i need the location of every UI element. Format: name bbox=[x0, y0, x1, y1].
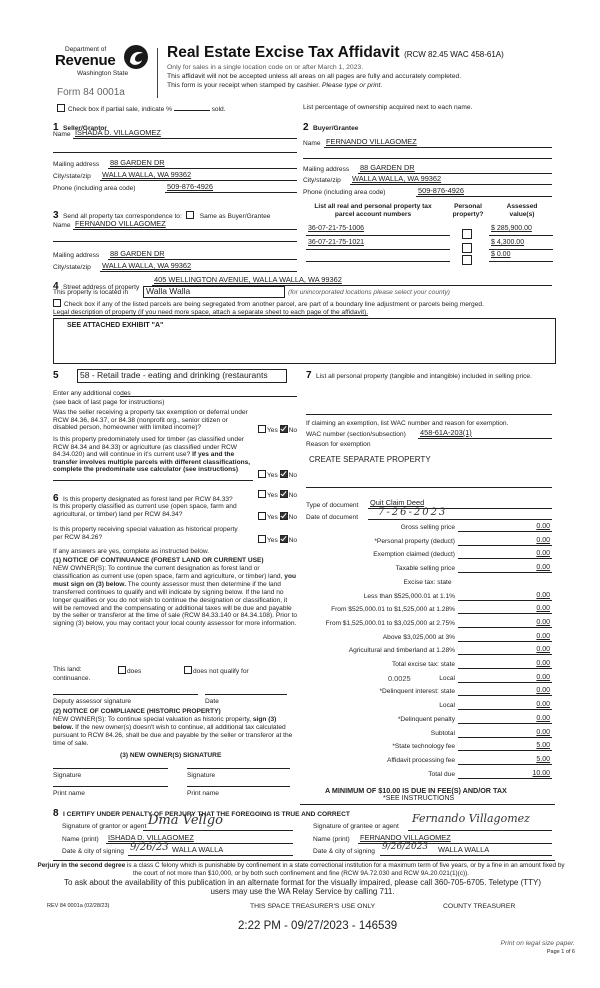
form-number: Form 84 0001a bbox=[57, 87, 125, 98]
yes-label: Yes bbox=[267, 537, 278, 544]
q-historic-yes-checkbox[interactable] bbox=[258, 535, 266, 543]
tax-line-value[interactable]: 0.00 bbox=[480, 687, 550, 694]
buyer-city-line bbox=[350, 184, 552, 185]
buyer-heading: 2 Buyer/Grantee bbox=[303, 117, 358, 135]
wac-field[interactable]: 458-61A-203(1) bbox=[420, 428, 472, 437]
located-label: This property is located in bbox=[53, 289, 128, 296]
tax-line-label: Total due bbox=[280, 771, 455, 778]
buyer-address-label: Mailing address bbox=[303, 166, 349, 173]
partial-sale-checkbox[interactable] bbox=[57, 104, 65, 112]
segregate-label: Check box if any of the listed parcels a… bbox=[64, 301, 484, 308]
tax-line-label: Affidavit processing fee bbox=[280, 757, 455, 764]
owner2-sig-line[interactable] bbox=[187, 768, 290, 769]
wac-line bbox=[418, 438, 552, 439]
section-3-number: 3 bbox=[53, 210, 59, 221]
grantee-name-field[interactable]: FERNANDO VILLAGOMEZ bbox=[360, 833, 451, 842]
grantee-city-field[interactable]: WALLA WALLA bbox=[438, 845, 489, 854]
segregate-checkbox[interactable] bbox=[53, 299, 61, 307]
tax-heading: Excise tax: state bbox=[300, 579, 545, 586]
q-current-use-yes-checkbox[interactable] bbox=[258, 512, 266, 520]
perjury-text: is a class C felony which is punishable … bbox=[127, 862, 565, 877]
correspondence-name-line-2 bbox=[53, 241, 297, 242]
tax-line-value[interactable]: 10.00 bbox=[480, 770, 550, 777]
tax-line-label: Agricultural and timberland at 1.28% bbox=[280, 647, 455, 654]
reason-label: Reason for exemption bbox=[306, 441, 371, 448]
seller-name-label: Name bbox=[53, 131, 71, 138]
segregate-row: Check box if any of the listed parcels a… bbox=[53, 299, 484, 308]
local-rate-field[interactable]: 0.0025 bbox=[388, 674, 411, 683]
see-back-label: (see back of last page for instructions) bbox=[53, 399, 164, 406]
tax-line-label: Local bbox=[280, 675, 455, 682]
n1-text-b: The county assessor must then determine … bbox=[53, 581, 297, 628]
owner2-sig-label: Signature bbox=[187, 772, 215, 779]
q-timber-answer: Yes No bbox=[258, 470, 297, 479]
footer-rule bbox=[53, 860, 555, 861]
revenue-wordmark: Revenue bbox=[55, 52, 115, 69]
q-forest-no-checkbox[interactable] bbox=[280, 490, 288, 498]
street-field[interactable]: 405 WELLINGTON AVENUE, WALLA WALLA, WA 9… bbox=[154, 275, 342, 284]
checkbox-icon bbox=[462, 255, 472, 265]
n1-text-a: NEW OWNER(S): To continue the current de… bbox=[53, 565, 282, 580]
location-value: Walla Walla bbox=[146, 286, 190, 296]
grantor-name-label: Name (print) bbox=[62, 836, 99, 843]
tax-line-value[interactable]: 0.00 bbox=[480, 715, 550, 722]
tax-line-leader bbox=[458, 600, 552, 601]
owner1-print-line[interactable] bbox=[53, 786, 168, 787]
reason-field[interactable]: CREATE SEPARATE PROPERTY bbox=[309, 455, 431, 464]
q-forest-answer: Yes No bbox=[258, 490, 297, 499]
county-treasurer: COUNTY TREASURER bbox=[443, 903, 515, 910]
owner1-sig-line[interactable] bbox=[53, 768, 168, 769]
grantor-date-line bbox=[128, 855, 293, 856]
continuance-label: continuance. bbox=[53, 675, 90, 682]
seller-name-field[interactable]: ISHADA D. VILLAGOMEZ bbox=[75, 128, 161, 137]
grantee-signature[interactable]: Fernando Villagomez bbox=[412, 812, 530, 825]
grantor-sig-line bbox=[143, 830, 293, 831]
q-exemption-answer: Yes No bbox=[258, 425, 297, 434]
subtitle-2: This affidavit will not be accepted unle… bbox=[167, 73, 461, 80]
parcel-number-field[interactable]: 36-07-21-75-1006 bbox=[308, 225, 364, 232]
tax-line-value[interactable]: 0.00 bbox=[480, 619, 550, 626]
buyer-city-field[interactable]: WALLA WALLA, WA 99362 bbox=[352, 174, 441, 183]
personal-col-header: Personal property? bbox=[448, 203, 488, 219]
grantor-name-field[interactable]: ISHADA D. VILLAGOMEZ bbox=[108, 833, 194, 842]
grantor-date-label: Date & city of signing bbox=[62, 848, 124, 855]
tax-line-value[interactable]: 0.00 bbox=[480, 564, 550, 571]
buyer-name-line bbox=[324, 147, 552, 148]
correspondence-address-label: Mailing address bbox=[53, 252, 99, 259]
state-label: Washington State bbox=[77, 70, 128, 77]
legal-description-text: SEE ATTACHED EXHIBIT "A" bbox=[67, 322, 163, 329]
tax-line-value[interactable]: 0.00 bbox=[480, 701, 550, 708]
no-label: No bbox=[289, 472, 297, 479]
no-label: No bbox=[289, 427, 297, 434]
doc-date-field[interactable]: 7-26-2023 bbox=[378, 507, 447, 518]
tax-line-label: *State technology fee bbox=[280, 743, 455, 750]
no-label: No bbox=[289, 492, 297, 499]
subtitle-3b: Please type or print. bbox=[322, 82, 382, 89]
section-2-number: 2 bbox=[303, 122, 309, 133]
section-2-title: Buyer/Grantee bbox=[313, 125, 358, 132]
tax-line-leader bbox=[458, 531, 552, 532]
q-forest-text: Is this property designated as forest la… bbox=[63, 496, 233, 503]
treasurer-use: THIS SPACE TREASURER'S USE ONLY bbox=[250, 903, 375, 910]
tax-line-leader bbox=[458, 654, 552, 655]
same-as-buyer-label: Same as Buyer/Grantee bbox=[200, 213, 271, 220]
land-use-code-select[interactable]: 58 - Retail trade - eating and drinking … bbox=[77, 369, 287, 383]
q-timber-text: Is this property predominately used for … bbox=[53, 436, 253, 474]
page-number: Page 1 of 6 bbox=[547, 949, 575, 955]
minimum-note: A MINIMUM OF $10.00 IS DUE IN FEE(S) AND… bbox=[325, 786, 507, 795]
seller-address-field[interactable]: 88 GARDEN DR bbox=[110, 158, 165, 167]
partial-sale-row: Check box if partial sale, indicate % so… bbox=[57, 104, 226, 113]
q-timber-yes-checkbox[interactable] bbox=[258, 470, 266, 478]
does-option: does bbox=[118, 666, 141, 675]
tax-line-label: From $525,000.01 to $1,525,000 at 1.28% bbox=[280, 606, 455, 613]
doc-date-label: Date of document bbox=[306, 514, 358, 521]
assessed-value-line bbox=[489, 261, 553, 262]
seller-phone-label: Phone (including area code) bbox=[53, 185, 135, 192]
partial-sale-sold-label: sold. bbox=[212, 106, 226, 113]
tax-line-leader bbox=[458, 778, 552, 779]
correspondence-name-field[interactable]: FERNANDO VILLAGOMEZ bbox=[75, 219, 166, 228]
buyer-name-line-2 bbox=[303, 158, 552, 159]
tax-line-value[interactable]: 0.00 bbox=[480, 592, 550, 599]
assessed-value-field[interactable]: $ 285,900.00 bbox=[491, 225, 532, 232]
seller-city-line bbox=[100, 180, 297, 181]
personal-property-line[interactable] bbox=[306, 414, 552, 415]
q-timber-no-checkbox[interactable] bbox=[280, 470, 288, 478]
seller-address-line bbox=[108, 168, 297, 169]
tax-line-leader bbox=[458, 558, 552, 559]
see-instructions: *SEE INSTRUCTIONS bbox=[383, 795, 454, 802]
grantee-date-field[interactable]: 9/26/2023 bbox=[382, 842, 428, 852]
yes-label: Yes bbox=[267, 514, 278, 521]
parcel-number-line bbox=[306, 249, 450, 250]
if-yes-note: If any answers are yes, complete as inst… bbox=[53, 548, 209, 555]
legal-label: Legal description of property (if you ne… bbox=[53, 309, 368, 316]
does-label: does bbox=[127, 668, 141, 675]
tax-line-leader bbox=[458, 668, 552, 669]
tax-line-value[interactable]: 5.00 bbox=[480, 756, 550, 763]
tax-line-value[interactable]: 0.00 bbox=[480, 633, 550, 640]
q-current-use-text: Is this property classified as current u… bbox=[53, 503, 248, 519]
legal-description-box[interactable]: SEE ATTACHED EXHIBIT "A" bbox=[53, 318, 556, 364]
tax-line-label: Local bbox=[280, 702, 455, 709]
new-owner-sig-title: (3) NEW OWNER(S) SIGNATURE bbox=[120, 752, 221, 759]
print-note: Print on legal size paper. bbox=[500, 940, 575, 947]
n2-text-a: NEW OWNER(S): To continue special valuat… bbox=[53, 716, 251, 723]
tax-line-leader bbox=[458, 764, 552, 765]
tax-line-value[interactable]: 0.00 bbox=[480, 523, 550, 530]
buyer-phone-line bbox=[416, 196, 552, 197]
seller-name-line bbox=[73, 138, 297, 139]
parcel-number-line bbox=[306, 261, 450, 262]
deputy-date-label: Date bbox=[205, 698, 219, 705]
header-divider bbox=[157, 48, 158, 98]
yes-label: Yes bbox=[267, 492, 278, 499]
q-current-use-answer: Yes No bbox=[258, 512, 297, 521]
grantor-signature[interactable]: Dma Vellgo bbox=[148, 813, 223, 828]
q-current-use-no-checkbox[interactable] bbox=[280, 512, 288, 520]
same-as-buyer-checkbox[interactable] bbox=[186, 211, 194, 219]
seller-phone-field[interactable]: 509-876-4926 bbox=[167, 182, 213, 191]
section-5-number: 5 bbox=[53, 370, 59, 381]
grantee-sig-line bbox=[408, 830, 552, 831]
owner1-print-label: Print name bbox=[53, 790, 85, 797]
page-title: Real Estate Excise Tax Affidavit (RCW 82… bbox=[167, 44, 504, 62]
dor-logo: Department of Revenue Washington State bbox=[55, 44, 150, 89]
tax-line-label: Total excise tax: state bbox=[280, 661, 455, 668]
tax-line-leader bbox=[458, 572, 552, 573]
tax-line-leader bbox=[458, 627, 552, 628]
tax-line-leader bbox=[458, 737, 552, 738]
owner2-print-line[interactable] bbox=[187, 786, 290, 787]
correspondence-city-line bbox=[100, 271, 297, 272]
does-checkbox[interactable] bbox=[118, 666, 126, 674]
tax-line-leader bbox=[458, 709, 552, 710]
does-not-checkbox[interactable] bbox=[184, 666, 192, 674]
dor-swirl-icon bbox=[123, 44, 149, 70]
grantee-date-line bbox=[380, 855, 552, 856]
buyer-phone-field[interactable]: 509-876-4926 bbox=[418, 186, 464, 195]
seller-address-label: Mailing address bbox=[53, 161, 99, 168]
tax-line-leader bbox=[458, 723, 552, 724]
owner2-print-label: Print name bbox=[187, 790, 219, 797]
correspondence-address-field[interactable]: 88 GARDEN DR bbox=[110, 249, 165, 258]
tax-line-value[interactable]: 0.00 bbox=[480, 646, 550, 653]
doc-type-label: Type of document bbox=[306, 502, 358, 509]
cashier-stamp: 2:22 PM - 09/27/2023 - 146539 bbox=[238, 920, 397, 932]
perjury-bold: Perjury in the second degree bbox=[37, 862, 125, 869]
q-historic-text: Is this property receiving special valua… bbox=[53, 526, 248, 542]
seller-city-label: City/state/zip bbox=[53, 173, 91, 180]
does-not-option: does not qualify for bbox=[184, 666, 249, 675]
grantee-name-label: Name (print) bbox=[313, 836, 350, 843]
tax-line-leader bbox=[458, 545, 552, 546]
tax-line-value[interactable]: 5.00 bbox=[480, 742, 550, 749]
personal-property-heading: 7 List all personal property (tangible a… bbox=[306, 370, 556, 381]
owner1-sig-label: Signature bbox=[53, 772, 81, 779]
deputy-sig-label: Deputy assessor signature bbox=[53, 698, 131, 705]
tax-line-value[interactable]: 0.00 bbox=[480, 550, 550, 557]
buyer-address-field[interactable]: 88 GARDEN DR bbox=[360, 163, 415, 172]
parcel-number-field[interactable]: 36-07-21-75-1021 bbox=[308, 239, 364, 246]
notice-continuance-text: NEW OWNER(S): To continue the current de… bbox=[53, 565, 298, 628]
buyer-name-label: Name bbox=[303, 140, 321, 147]
tax-line-label: Exemption claimed (deduct) bbox=[280, 551, 455, 558]
rev-number: REV 84 0001a (02/28/23) bbox=[47, 903, 109, 909]
doc-type-field[interactable]: Quit Claim Deed bbox=[370, 498, 424, 507]
grantor-city-field[interactable]: WALLA WALLA bbox=[172, 845, 223, 854]
n2-text-b: If the new owner(s) doesn't wish to cont… bbox=[53, 724, 292, 747]
subtitle-3a: This form is your receipt when stamped b… bbox=[167, 82, 320, 89]
q-exemption-yes-checkbox[interactable] bbox=[258, 425, 266, 433]
exemption-note: If claiming an exemption, list WAC numbe… bbox=[306, 420, 508, 427]
reason-line bbox=[306, 487, 552, 488]
notice-compliance-text: NEW OWNER(S): To continue special valuat… bbox=[53, 716, 298, 748]
q-forest-yes-checkbox[interactable] bbox=[258, 490, 266, 498]
deputy-sig-line[interactable] bbox=[53, 694, 198, 695]
alt-format-notice: To ask about the availability of this pu… bbox=[55, 878, 550, 896]
correspondence-city-label: City/state/zip bbox=[53, 264, 91, 271]
does-not-label: does not qualify for bbox=[193, 668, 249, 675]
section-8-number: 8 bbox=[53, 808, 59, 819]
located-note: (for unincorporated locations please sel… bbox=[288, 289, 450, 296]
tax-line-value[interactable]: 0.00 bbox=[480, 660, 550, 667]
correspondence-name-line bbox=[73, 229, 297, 230]
buyer-phone-label: Phone (including area code) bbox=[303, 189, 385, 196]
partial-sale-percent-field[interactable] bbox=[174, 110, 210, 111]
tax-line-leader bbox=[458, 641, 552, 642]
tax-line-leader bbox=[458, 682, 552, 683]
grantor-sig-label: Signature of grantor or agent bbox=[62, 823, 146, 830]
tax-line-label: *Delinquent penalty bbox=[280, 716, 455, 723]
no-label: No bbox=[289, 514, 297, 521]
assessed-value-field[interactable]: $ 0.00 bbox=[491, 251, 510, 258]
tax-line-value[interactable]: 0.00 bbox=[480, 605, 550, 612]
title-text: Real Estate Excise Tax Affidavit bbox=[167, 44, 400, 61]
seller-phone-line bbox=[165, 192, 297, 193]
parcel-number-line bbox=[306, 235, 450, 236]
additional-codes-line[interactable] bbox=[120, 396, 297, 397]
tax-line-leader bbox=[458, 695, 552, 696]
checkbox-icon bbox=[462, 229, 472, 239]
subtitle-1: Only for sales in a single location code… bbox=[167, 64, 363, 71]
tax-line-label: *Personal property (deduct) bbox=[280, 538, 455, 545]
partial-sale-label: Check box if partial sale, indicate % bbox=[68, 106, 172, 113]
tax-line-value[interactable]: 0.00 bbox=[480, 729, 550, 736]
perjury-notice: Perjury in the second degree is a class … bbox=[36, 862, 566, 877]
tax-line-label: Subtotal bbox=[280, 730, 455, 737]
buyer-city-label: City/state/zip bbox=[303, 177, 341, 184]
tax-line-leader bbox=[458, 750, 552, 751]
tax-line-leader bbox=[458, 613, 552, 614]
buyer-name-field[interactable]: FERNANDO VILLAGOMEZ bbox=[326, 137, 417, 146]
tax-line-label: *Delinquent interest: state bbox=[280, 688, 455, 695]
correspondence-name-label: Name bbox=[53, 222, 71, 229]
assessed-value-line bbox=[489, 235, 553, 236]
tax-line-label: Above $3,025,000 at 3% bbox=[280, 634, 455, 641]
subtitle-3: This form is your receipt when stamped b… bbox=[167, 82, 382, 89]
q-exemption-text: Was the seller receiving a property tax … bbox=[53, 409, 253, 432]
statute-text: (RCW 82.45 WAC 458-61A) bbox=[404, 50, 504, 59]
wac-label: WAC number (section/subsection) bbox=[306, 431, 406, 438]
tax-line-label: From $1,525,000.01 to $3,025,000 at 2.75… bbox=[280, 620, 455, 627]
q-exemption-no-checkbox[interactable] bbox=[280, 425, 288, 433]
grantor-date-field[interactable]: 9/26/23 bbox=[130, 842, 169, 853]
parcel-col-header: List all real and personal property tax … bbox=[308, 203, 438, 219]
section-5-divider bbox=[53, 480, 253, 481]
grantee-sig-label: Signature of grantee or agent bbox=[313, 823, 399, 830]
deputy-date-line[interactable] bbox=[205, 694, 287, 695]
doc-date-line bbox=[368, 519, 552, 520]
tax-line-value[interactable]: 0.00 bbox=[480, 537, 550, 544]
seller-name-line-2 bbox=[53, 152, 297, 153]
seller-city-field[interactable]: WALLA WALLA, WA 99362 bbox=[102, 170, 191, 179]
yes-label: Yes bbox=[267, 427, 278, 434]
grantee-date-label: Date & city of signing bbox=[313, 848, 375, 855]
tax-line-label: Gross selling price bbox=[280, 524, 455, 531]
location-select[interactable]: Walla Walla bbox=[143, 286, 285, 298]
personal-property-checkbox[interactable] bbox=[462, 251, 473, 269]
land-use-code-value: 58 - Retail trade - eating and drinking … bbox=[80, 370, 268, 380]
correspondence-city-field[interactable]: WALLA WALLA, WA 99362 bbox=[102, 261, 191, 270]
tax-line-label: Less than $525,000.01 at 1.1% bbox=[280, 593, 455, 600]
assessed-value-line bbox=[489, 249, 553, 250]
notice-continuance-title: (1) NOTICE OF CONTINUANCE (FOREST LAND O… bbox=[53, 557, 264, 564]
section-7-number: 7 bbox=[306, 370, 312, 381]
section-7-label: List all personal property (tangible and… bbox=[316, 373, 532, 380]
assessed-col-header: Assessed value(s) bbox=[498, 203, 546, 219]
yes-label: Yes bbox=[267, 472, 278, 479]
this-land-label: This land: bbox=[53, 666, 82, 673]
notice-compliance-title: (2) NOTICE OF COMPLIANCE (HISTORIC PROPE… bbox=[53, 708, 221, 715]
tax-line-value[interactable]: 0.00 bbox=[480, 674, 550, 681]
correspondence-address-line bbox=[108, 259, 297, 260]
assessed-value-field[interactable]: $ 4,300.00 bbox=[491, 239, 524, 246]
tax-line-label: Taxable selling price bbox=[280, 565, 455, 572]
ownership-note: List percentage of ownership acquired ne… bbox=[303, 104, 472, 111]
